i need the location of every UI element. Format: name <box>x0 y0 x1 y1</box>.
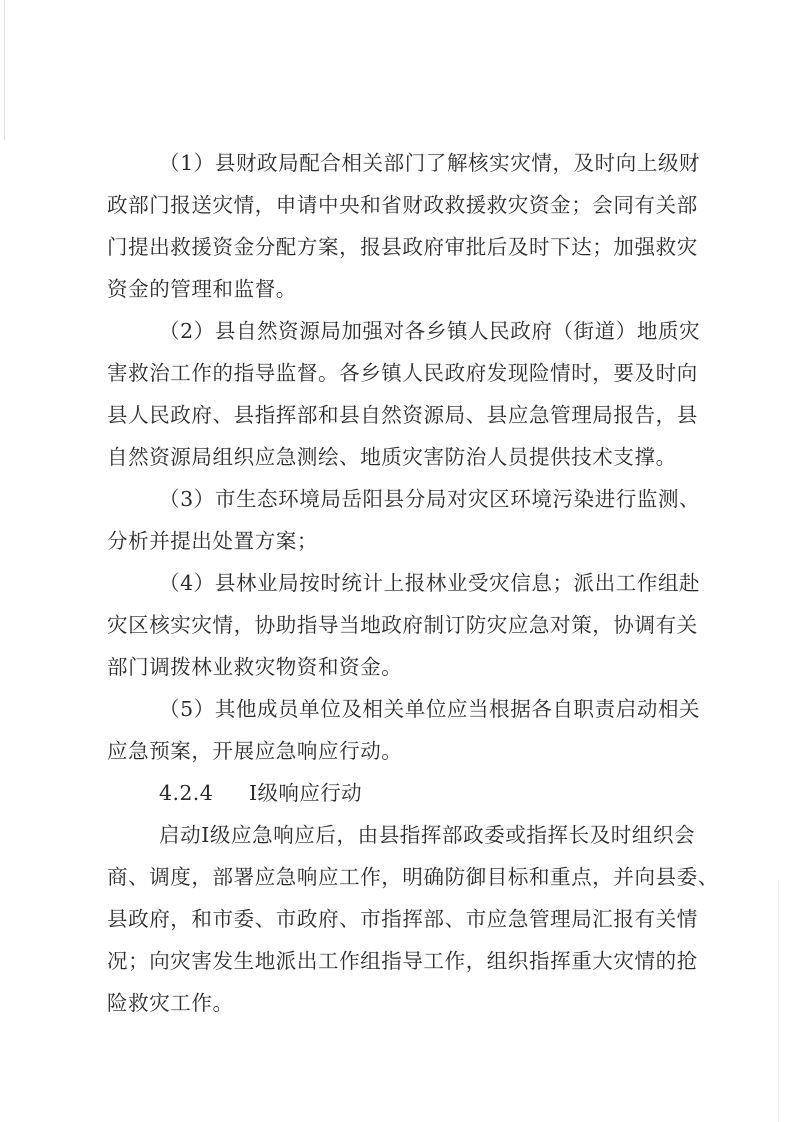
section-title: Ⅰ级响应行动 <box>249 781 362 805</box>
paragraph-3-line: （3）市生态环境局岳阳县分局对灾区环境污染进行监测、 <box>107 478 691 520</box>
scan-edge-artifact <box>4 0 5 140</box>
paragraph-4-line: （4）县林业局按时统计上报林业受灾信息；派出工作组赴 <box>107 562 691 604</box>
paragraph-5-line: （5）其他成员单位及相关单位应当根据各自职责启动相关 <box>107 688 691 730</box>
final-paragraph-line: 县政府，和市委、市政府、市指挥部、市应急管理局汇报有关情 <box>107 898 691 940</box>
final-paragraph-line: 商、调度，部署应急响应工作，明确防御目标和重点，并向县委、 <box>107 856 691 898</box>
paragraph-4-line: 灾区核实灾情，协助指导当地政府制订防灾应急对策，协调有关 <box>107 604 691 646</box>
paragraph-2-line: 自然资源局组织应急测绘、地质灾害防治人员提供技术支撑。 <box>107 436 691 478</box>
paragraph-3-line: 分析并提出处置方案； <box>107 520 691 562</box>
scan-edge-artifact <box>778 880 779 1122</box>
paragraph-4-line: 部门调拨林业救灾物资和资金。 <box>107 646 691 688</box>
paragraph-2-line: 害救治工作的指导监督。各乡镇人民政府发现险情时，要及时向 <box>107 352 691 394</box>
paragraph-1-line: 门提出救援资金分配方案，报县政府审批后及时下达；加强救灾 <box>107 226 691 268</box>
paragraph-1-line: 资金的管理和监督。 <box>107 268 691 310</box>
final-paragraph-line: 险救灾工作。 <box>107 982 691 1024</box>
section-number: 4.2.4 <box>159 781 213 805</box>
paragraph-1-line: （1）县财政局配合相关部门了解核实灾情，及时向上级财 <box>107 142 691 184</box>
paragraph-2-line: 县人民政府、县指挥部和县自然资源局、县应急管理局报告，县 <box>107 394 691 436</box>
final-paragraph-line: 启动Ⅰ级应急响应后，由县指挥部政委或指挥长及时组织会 <box>107 814 691 856</box>
paragraph-5-line: 应急预案，开展应急响应行动。 <box>107 730 691 772</box>
paragraph-1-line: 政部门报送灾情，申请中央和省财政救援救灾资金；会同有关部 <box>107 184 691 226</box>
final-paragraph-line: 况；向灾害发生地派出工作组指导工作，组织指挥重大灾情的抢 <box>107 940 691 982</box>
paragraph-2-line: （2）县自然资源局加强对各乡镇人民政府（街道）地质灾 <box>107 310 691 352</box>
section-heading: 4.2.4 Ⅰ级响应行动 <box>107 772 743 814</box>
